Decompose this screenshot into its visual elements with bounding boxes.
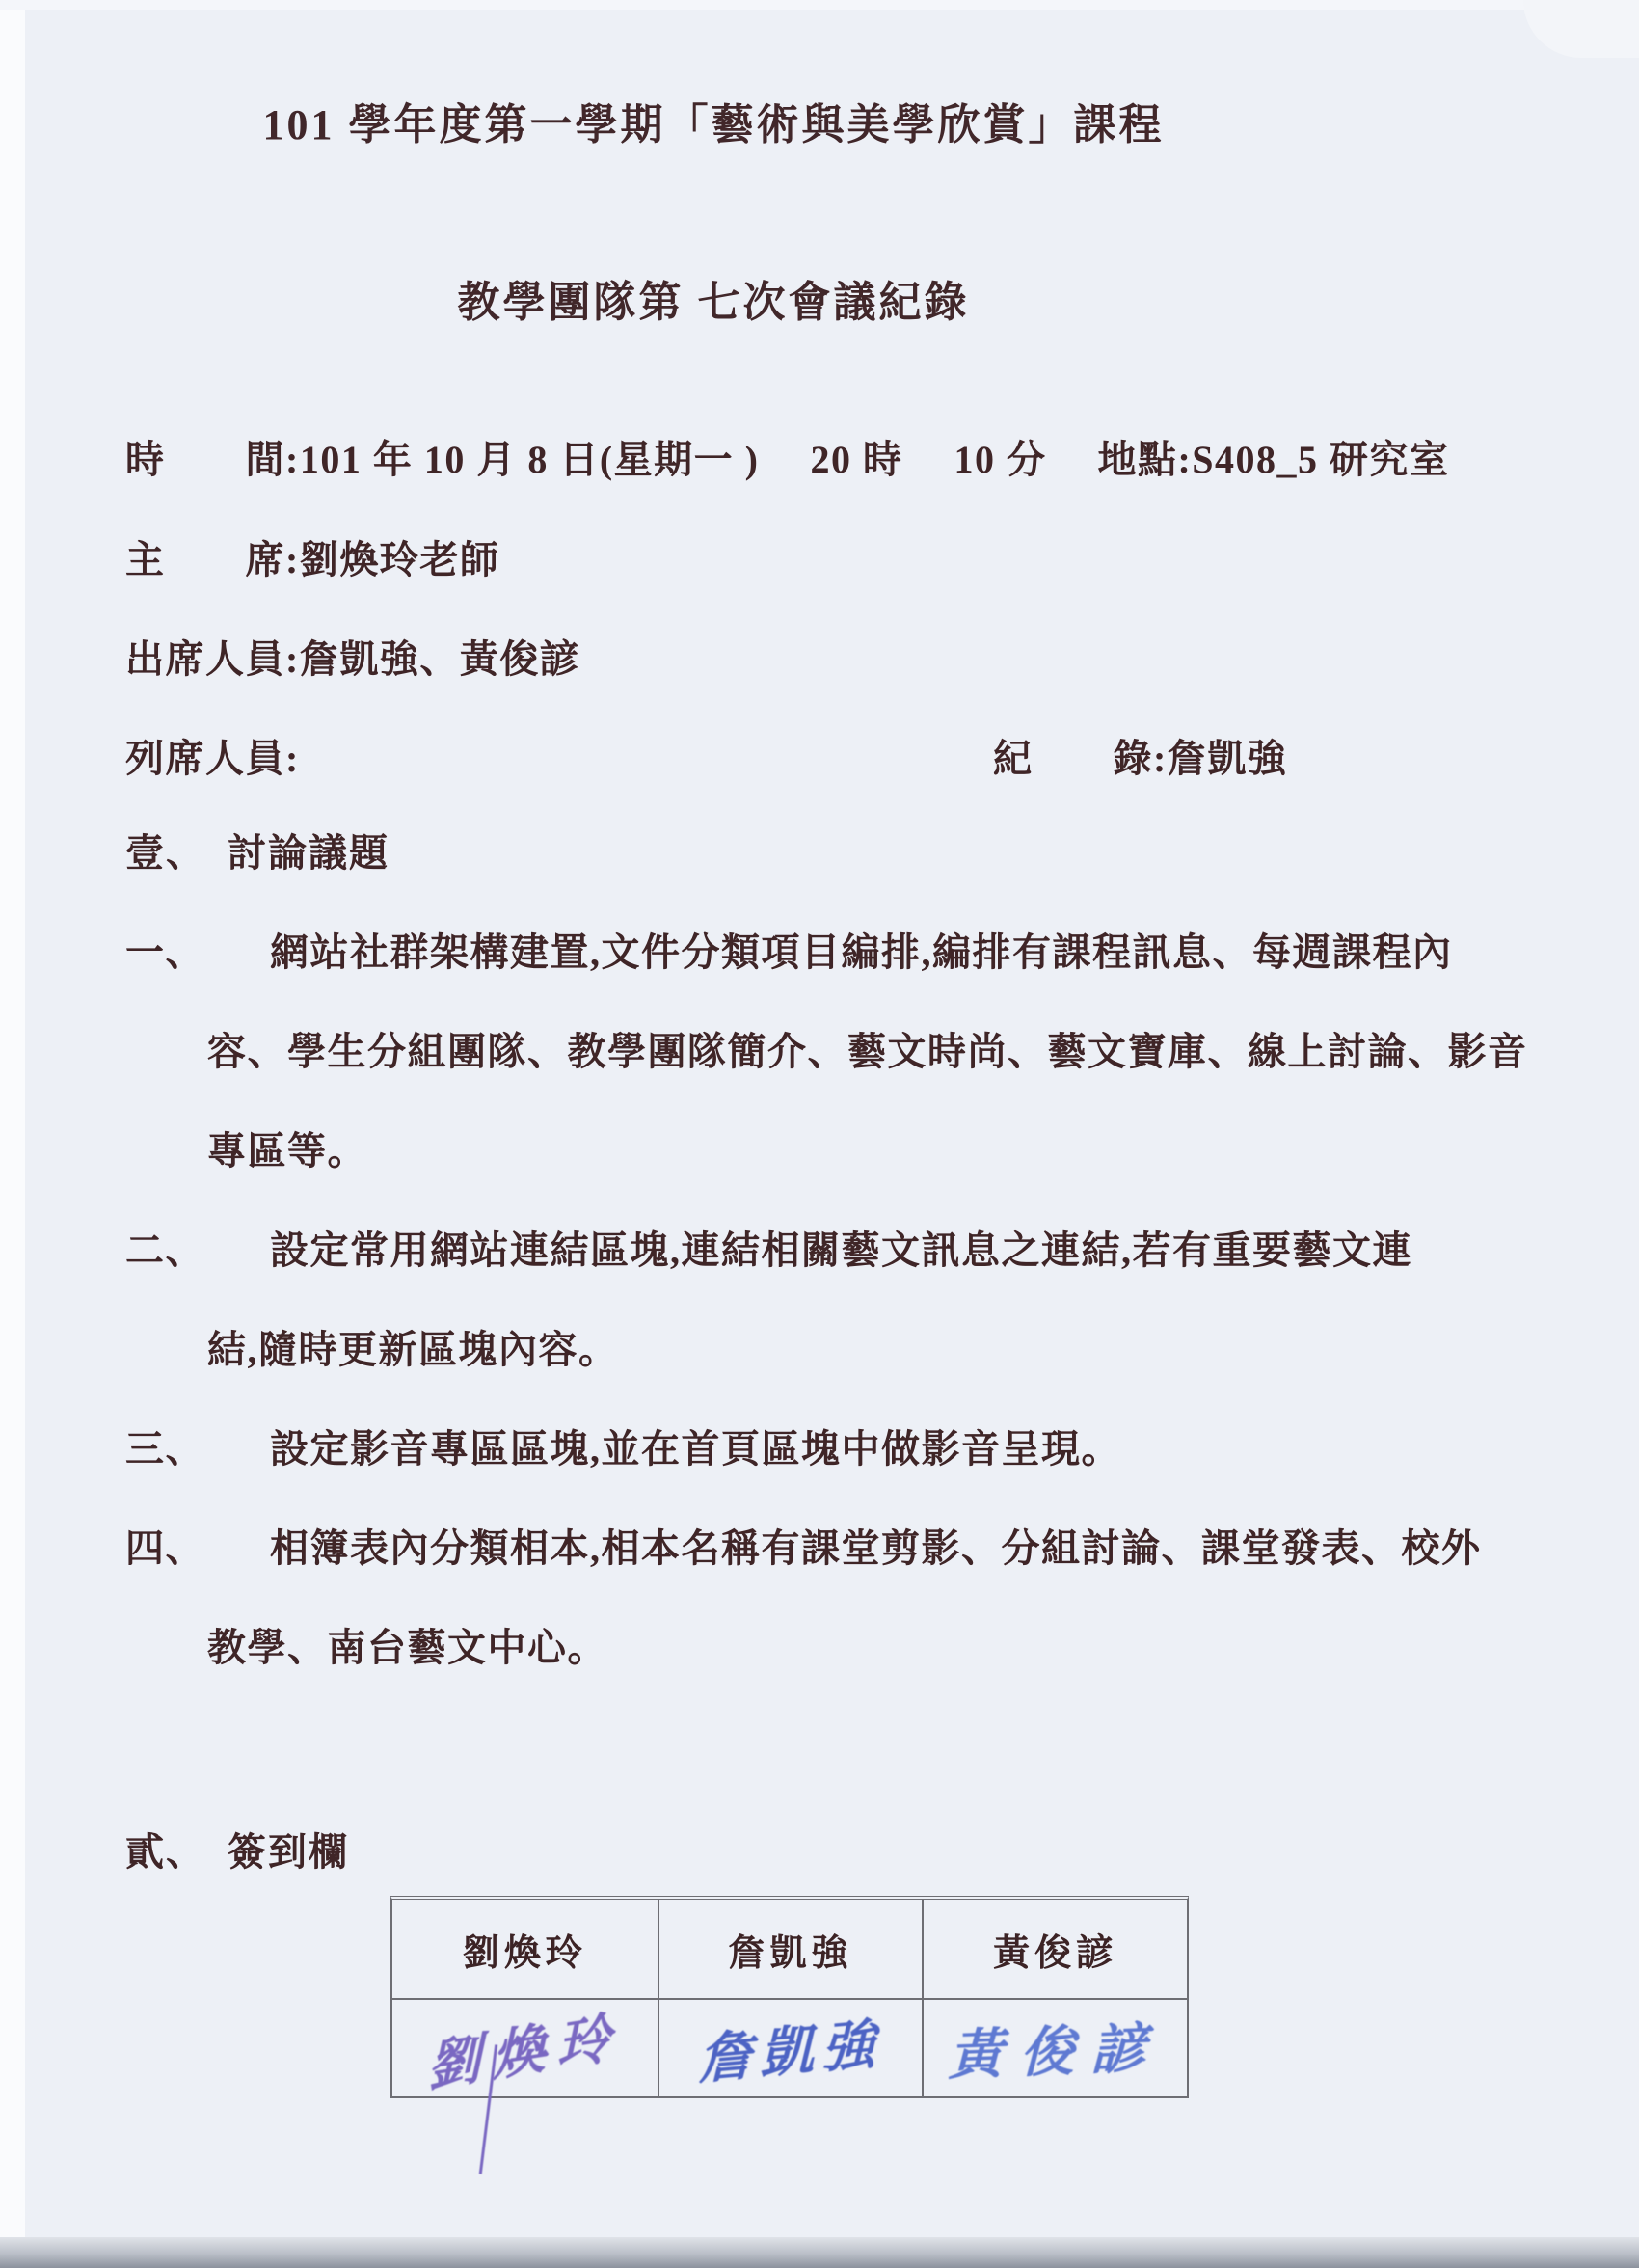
meeting-time-location-line: 時 間:101 年 10 月 8 日(星期一 ) 20 時 10 分 地點:S4… <box>125 436 1450 484</box>
document-title-line-2: 教學團隊第 七次會議紀錄 <box>0 276 1427 329</box>
item-3-text: 設定影音專區區塊,並在首頁區塊中做影音呈現。 <box>270 1427 1121 1471</box>
signin-header-row: 劉煥玲 詹凱強 黃俊諺 <box>392 1900 1187 2000</box>
meeting-chair-line: 主 席:劉煥玲老師 <box>125 536 499 584</box>
meeting-recorder-line: 紀 錄:詹凱強 <box>993 735 1287 783</box>
scan-edge-left <box>0 0 25 2268</box>
discussion-item-2-line-1: 二、設定常用網站連結區塊,連結相關藝文訊息之連結,若有重要藝文連 <box>125 1227 1412 1275</box>
handwritten-signature-zhan: 詹凱強 <box>698 2001 882 2094</box>
signin-signature-row: 劉煥玲 詹凱強 黃俊諺 <box>392 2000 1187 2096</box>
item-3-marker: 三、 <box>125 1425 270 1473</box>
discussion-item-1-line-1: 一、網站社群架構建置,文件分類項目編排,編排有課程訊息、每週課程內 <box>125 929 1453 977</box>
discussion-item-2-line-2: 結,隨時更新區塊內容。 <box>207 1326 619 1374</box>
item-4-marker: 四、 <box>125 1525 270 1573</box>
signature-cell-liu-huan-ling: 劉煥玲 <box>392 2000 658 2096</box>
discussion-item-4-line-1: 四、相簿表內分類相本,相本名稱有課堂剪影、分組討論、課堂發表、校外 <box>125 1525 1482 1573</box>
scan-edge-bottom <box>0 2237 1639 2268</box>
discussion-item-1-line-2: 容、學生分組團隊、教學團隊簡介、藝文時尚、藝文寶庫、線上討論、影音 <box>207 1028 1528 1076</box>
signin-header-zhan-kai-qiang: 詹凱強 <box>658 1900 923 1998</box>
handwritten-signature-liu: 劉煥玲 <box>427 1994 623 2103</box>
signin-table: 劉煥玲 詹凱強 黃俊諺 劉煥玲 詹凱強 黃俊諺 <box>390 1896 1189 2098</box>
meeting-attendees-line: 出席人員:詹凱強、黃俊諺 <box>125 635 579 684</box>
item-1-marker: 一、 <box>125 929 270 977</box>
item-1-text: 網站社群架構建置,文件分類項目編排,編排有課程訊息、每週課程內 <box>270 931 1453 974</box>
scan-edge-top <box>0 0 1639 10</box>
signature-cell-zhan-kai-qiang: 詹凱強 <box>658 2000 923 2096</box>
section-1-heading: 壹、 討論議題 <box>125 829 390 877</box>
item-2-marker: 二、 <box>125 1227 270 1275</box>
handwritten-signature-huang: 黃俊諺 <box>948 2006 1163 2091</box>
scan-corner-top-right <box>1523 0 1639 58</box>
scanned-meeting-minutes-page: 101 學年度第一學期「藝術與美學欣賞」課程 教學團隊第 七次會議紀錄 時 間:… <box>0 0 1639 2268</box>
signin-header-huang-jun-yan: 黃俊諺 <box>922 1900 1187 1998</box>
item-4-text: 相簿表內分類相本,相本名稱有課堂剪影、分組討論、課堂發表、校外 <box>270 1526 1482 1570</box>
item-2-text: 設定常用網站連結區塊,連結相關藝文訊息之連結,若有重要藝文連 <box>270 1228 1412 1272</box>
document-title-line-1: 101 學年度第一學期「藝術與美學欣賞」課程 <box>0 98 1427 151</box>
signature-cell-huang-jun-yan: 黃俊諺 <box>922 2000 1187 2096</box>
discussion-item-3-line-1: 三、設定影音專區區塊,並在首頁區塊中做影音呈現。 <box>125 1425 1121 1473</box>
discussion-item-4-line-2: 教學、南台藝文中心。 <box>207 1624 607 1672</box>
discussion-item-1-line-3: 專區等。 <box>207 1127 367 1175</box>
signin-header-liu-huan-ling: 劉煥玲 <box>392 1900 658 1998</box>
meeting-observers-line: 列席人員: <box>125 735 300 783</box>
section-2-heading: 貳、 簽到欄 <box>125 1828 349 1876</box>
